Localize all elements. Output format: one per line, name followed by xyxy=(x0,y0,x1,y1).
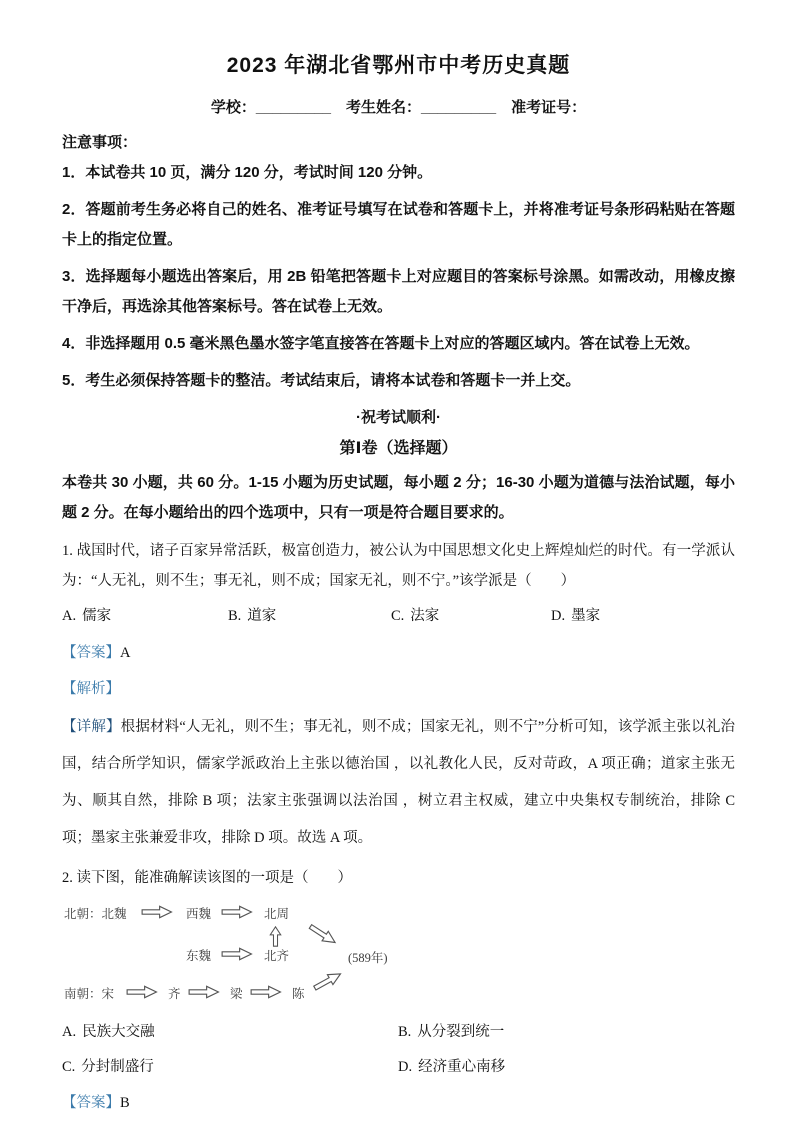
diagram-label-qi: 齐 xyxy=(168,987,181,1001)
q2-answer-value: B xyxy=(120,1095,130,1111)
exam-document-page: 2023 年湖北省鄂州市中考历史真题 学校：_________ 考生姓名：___… xyxy=(0,0,793,1122)
q1-option-d-key: D. xyxy=(551,608,565,624)
notice-item-3: 3．选择题每小题选出答案后，用 2B 铅笔把答题卡上对应题目的答案标号涂黑。如需… xyxy=(62,262,735,322)
diagram-label-south-song: 南朝：宋 xyxy=(64,986,114,1001)
question-1-stem: 1. 战国时代，诸子百家异常活跃，极富创造力，被公认为中国思想文化史上辉煌灿烂的… xyxy=(62,536,735,596)
right-arrow-icon xyxy=(189,986,218,997)
q1-option-b-key: B. xyxy=(228,608,241,624)
q1-detail-text: 根据材料“人无礼，则不生；事无礼，则不成；国家无礼，则不宁”分析可知，该学派主张… xyxy=(62,719,735,846)
q1-detail-label: 【详解】 xyxy=(62,719,121,735)
q2-dynasty-diagram: 北朝：北魏 西魏 北周 东魏 北齐 (589年) 南朝：宋 齐 梁 xyxy=(64,901,735,1010)
q2-option-c-key: C. xyxy=(62,1059,75,1075)
notice-item-4: 4．非选择题用 0.5 毫米黑色墨水签字笔直接答在答题卡上对应的答题区域内。答在… xyxy=(62,329,735,359)
diagram-label-xiwei: 西魏 xyxy=(186,907,212,921)
right-arrow-icon xyxy=(251,986,280,997)
exam-blessing: ·祝考试顺利· xyxy=(62,406,735,427)
q2-option-b: B.从分裂到统一 xyxy=(398,1018,735,1046)
notice-item-1: 1．本试卷共 10 页，满分 120 分，考试时间 120 分钟。 xyxy=(62,158,735,188)
dynasty-succession-diagram: 北朝：北魏 西魏 北周 东魏 北齐 (589年) 南朝：宋 齐 梁 xyxy=(64,901,444,1005)
q2-option-d: D.经济重心南移 xyxy=(398,1053,735,1081)
q1-option-a-key: A. xyxy=(62,608,76,624)
section-1-instructions: 本卷共 30 小题，共 60 分。1-15 小题为历史试题，每小题 2 分；16… xyxy=(62,468,735,528)
notice-heading: 注意事项： xyxy=(62,131,735,152)
page-title: 2023 年湖北省鄂州市中考历史真题 xyxy=(62,52,735,80)
q2-option-c-text: 分封制盛行 xyxy=(81,1059,154,1075)
diagonal-down-arrow-icon xyxy=(307,922,338,948)
q2-option-b-key: B. xyxy=(398,1024,411,1040)
q2-option-c: C.分封制盛行 xyxy=(62,1053,398,1081)
school-name-blanks-line: 学校：_________ 考生姓名：_________ 准考证号： xyxy=(62,96,735,117)
q1-option-c-text: 法家 xyxy=(410,608,439,624)
q1-analysis-label: 【解析】 xyxy=(62,681,120,697)
diagram-label-north-beiwei: 北朝：北魏 xyxy=(64,906,127,921)
q2-option-a-key: A. xyxy=(62,1024,76,1040)
q1-option-a: A.儒家 xyxy=(62,601,228,631)
diagram-label-beiqi: 北齐 xyxy=(264,949,290,963)
diagram-label-beizhou: 北周 xyxy=(264,907,289,921)
notice-item-2: 2．答题前考生务必将自己的姓名、准考证号填写在试卷和答题卡上，并将准考证号条形码… xyxy=(62,195,735,255)
q1-option-d-text: 墨家 xyxy=(571,608,600,624)
question-2-options: A.民族大交融 B.从分裂到统一 C.分封制盛行 D.经济重心南移 xyxy=(62,1018,735,1081)
q1-option-d: D.墨家 xyxy=(551,601,735,631)
q1-answer-line: 【答案】A xyxy=(62,639,735,667)
question-2-stem: 2. 读下图，能准确解读该图的一项是（ ） xyxy=(62,863,735,893)
q1-detail-paragraph: 【详解】根据材料“人无礼，则不生；事无礼，则不成；国家无礼，则不宁”分析可知，该… xyxy=(62,709,735,857)
diagram-label-dongwei: 东魏 xyxy=(186,949,212,963)
q1-option-a-text: 儒家 xyxy=(82,608,111,624)
right-arrow-icon xyxy=(142,906,171,917)
q2-option-a-text: 民族大交融 xyxy=(82,1024,155,1040)
diagram-label-chen: 陈 xyxy=(292,987,305,1001)
diagram-label-year-589: (589年) xyxy=(348,950,388,965)
notice-item-5: 5．考生必须保持答题卡的整洁。考试结束后，请将本试卷和答题卡一并上交。 xyxy=(62,366,735,396)
right-arrow-icon xyxy=(222,948,251,959)
section-1-title: 第Ⅰ卷（选择题） xyxy=(62,435,735,458)
q1-option-b-text: 道家 xyxy=(247,608,276,624)
q1-answer-label: 【答案】 xyxy=(62,645,120,661)
q1-answer-value: A xyxy=(120,645,130,661)
q2-option-d-key: D. xyxy=(398,1059,412,1075)
up-arrow-icon xyxy=(270,927,281,946)
diagonal-up-arrow-icon xyxy=(312,969,343,993)
q2-option-d-text: 经济重心南移 xyxy=(418,1059,505,1075)
q2-option-a: A.民族大交融 xyxy=(62,1018,398,1046)
q2-answer-line: 【答案】B xyxy=(62,1089,735,1117)
diagram-label-liang: 梁 xyxy=(230,986,243,1001)
q1-option-c-key: C. xyxy=(391,608,404,624)
right-arrow-icon xyxy=(127,986,156,997)
q2-option-b-text: 从分裂到统一 xyxy=(417,1024,504,1040)
q1-option-b: B.道家 xyxy=(228,601,391,631)
right-arrow-icon xyxy=(222,906,251,917)
q1-option-c: C.法家 xyxy=(391,601,551,631)
q2-answer-label: 【答案】 xyxy=(62,1095,120,1111)
q1-analysis-line: 【解析】 xyxy=(62,675,735,703)
question-1-options: A.儒家 B.道家 C.法家 D.墨家 xyxy=(62,601,735,631)
